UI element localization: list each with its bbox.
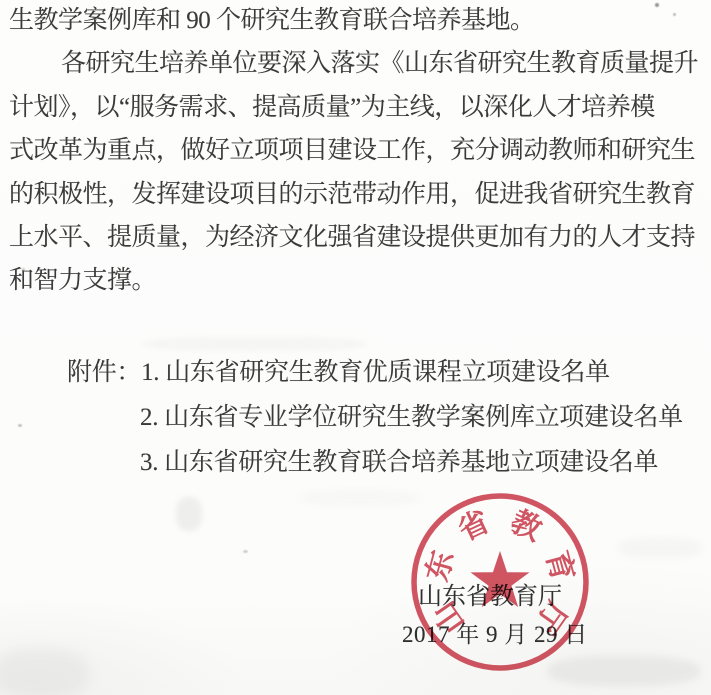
bleedthrough-smudge	[176, 497, 202, 531]
scan-speck	[243, 550, 248, 553]
attachment-row-1: 附件：1. 山东省研究生教育优质课程立项建设名单	[67, 351, 683, 396]
attachments-section: 附件：1. 山东省研究生教育优质课程立项建设名单 2. 山东省专业学位研究生教学…	[67, 351, 683, 485]
body-line-4: 式改革为重点，做好立项项目建设工作，充分调动教师和研究生	[9, 129, 707, 172]
seal-char-2: 东	[421, 547, 461, 585]
scan-speck	[655, 3, 659, 7]
body-line-6: 上水平、提质量，为经济文化强省建设提供更加有力的人才支持	[9, 216, 707, 259]
attachment-item-2: 2. 山东省专业学位研究生教学案例库立项建设名单	[67, 396, 683, 441]
body-line-1: 生教学案例库和 90 个研究生教育联合培养基地。	[9, 0, 707, 42]
bleedthrough-smudge	[300, 490, 420, 506]
seal-char-6: 厅	[528, 596, 572, 640]
attachment-item-1: 1. 山东省研究生教育优质课程立项建设名单	[141, 359, 610, 386]
scan-speck	[18, 424, 22, 427]
bleedthrough-smudge	[548, 656, 700, 686]
scanned-document-page: 生教学案例库和 90 个研究生教育联合培养基地。 各研究生培养单位要深入落实《山…	[0, 0, 711, 695]
star-icon	[471, 551, 530, 607]
seal-char-3: 省	[453, 505, 494, 548]
scan-speck	[673, 13, 676, 16]
seal-char-1: 山	[428, 596, 472, 640]
body-line-2: 各研究生培养单位要深入落实《山东省研究生教育质量提升	[9, 42, 707, 85]
body-line-7: 和智力支撑。	[9, 259, 707, 302]
scan-speck	[22, 268, 25, 271]
document-body: 生教学案例库和 90 个研究生教育联合培养基地。 各研究生培养单位要深入落实《山…	[9, 0, 707, 303]
bleedthrough-smudge	[618, 538, 702, 558]
body-line-5: 的积极性，发挥建设项目的示范带动作用，促进我省研究生教育	[9, 173, 707, 216]
attachments-label: 附件：	[67, 359, 141, 386]
official-seal: 山 东 省 教 育 厅	[410, 492, 590, 672]
bleedthrough-smudge	[0, 648, 89, 695]
seal-char-5: 育	[540, 547, 581, 585]
bleedthrough-smudge	[142, 337, 367, 351]
attachment-item-3: 3. 山东省研究生教育联合培养基地立项建设名单	[67, 441, 683, 486]
seal-char-4: 教	[505, 505, 547, 548]
body-line-3: 计划》，以“服务需求、提高质量”为主线，以深化人才培养模	[9, 86, 707, 129]
